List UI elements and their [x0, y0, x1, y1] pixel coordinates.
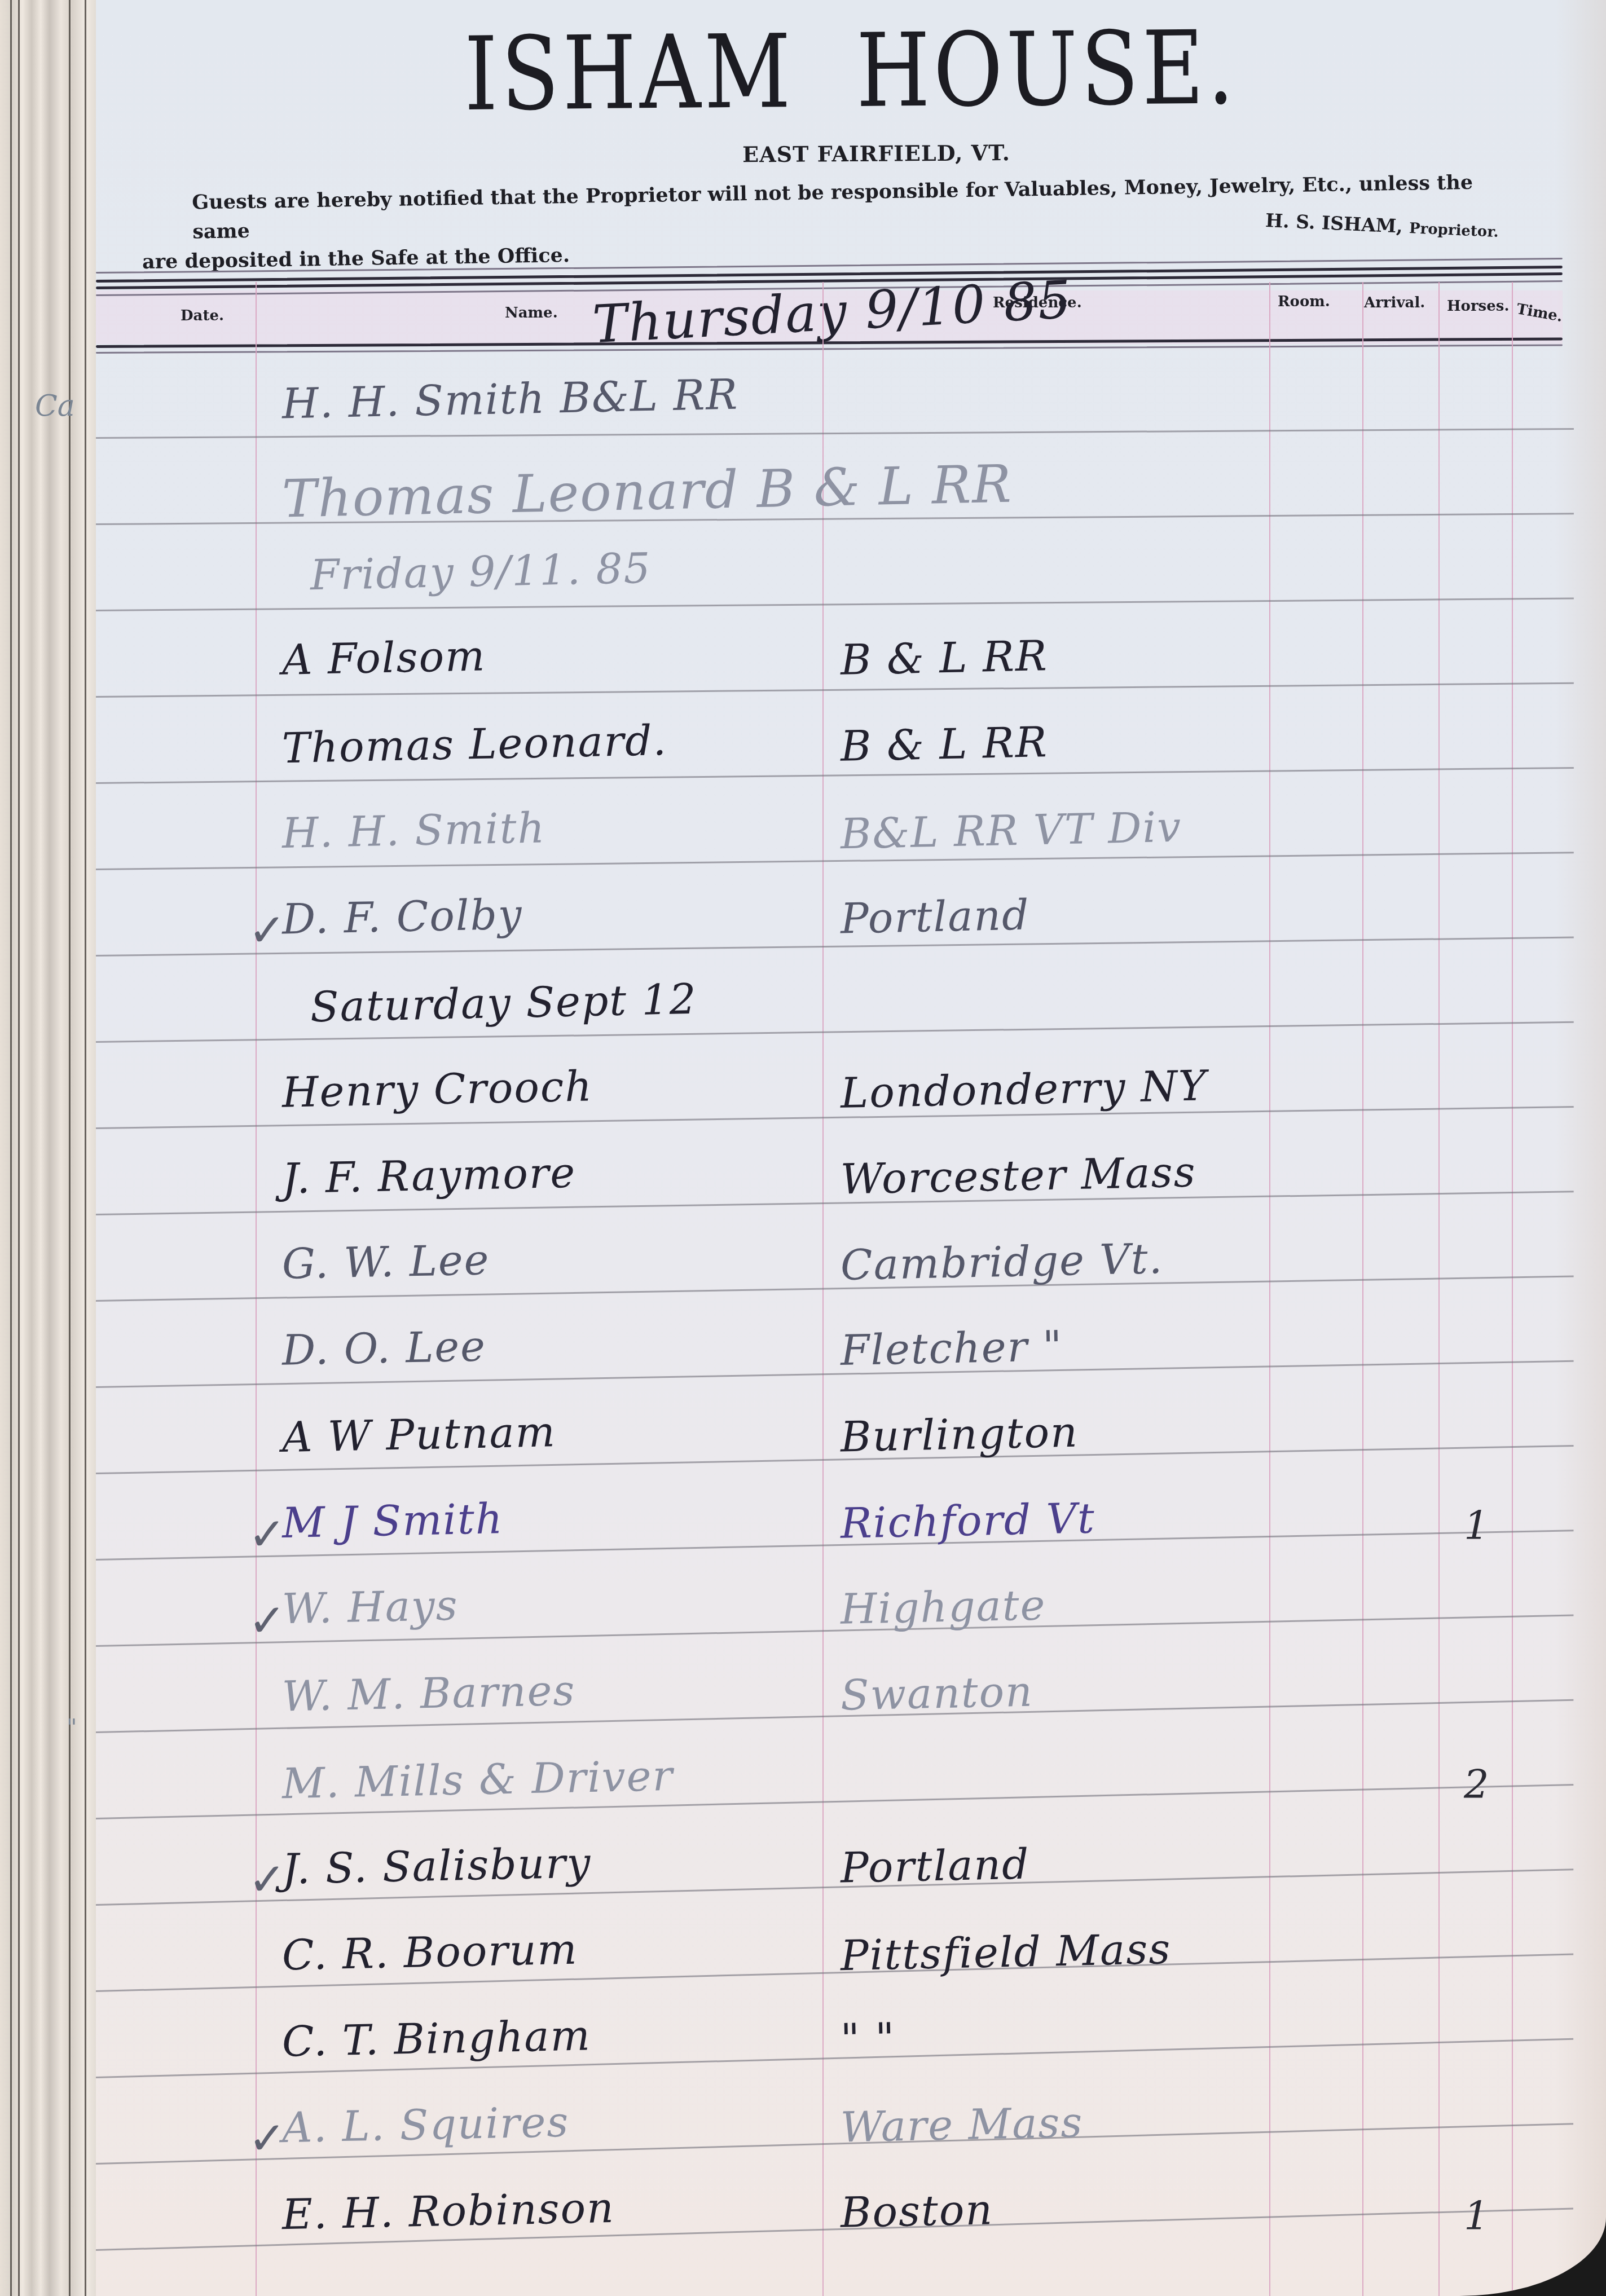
column-rule-arrival	[1438, 282, 1440, 2296]
horses-count: 1	[1464, 1502, 1489, 1549]
register-page: ISHAMHOUSE. EAST FAIRFIELD, VT. Guests a…	[96, 0, 1606, 2296]
guest-residence: B & L RR	[840, 632, 1048, 685]
title-word-house: HOUSE.	[856, 10, 1238, 130]
guest-residence: Highgate	[840, 1581, 1046, 1634]
guest-name: Henry Crooch	[281, 1062, 593, 1117]
column-header-name: Name.	[505, 305, 558, 321]
guest-residence: Ware Mass	[840, 2099, 1084, 2152]
column-header-arrival: Arrival.	[1364, 294, 1425, 311]
guest-name: D. F. Colby	[281, 891, 523, 944]
row-ruling	[96, 428, 1574, 439]
guest-residence: B & L RR	[840, 718, 1048, 771]
entry-date: Saturday Sept 12	[310, 975, 697, 1032]
column-rule-horses	[1512, 282, 1513, 2296]
guest-residence: Swanton	[840, 1667, 1033, 1720]
column-header-horses: Horses.	[1447, 298, 1509, 315]
guest-name: W. M. Barnes	[281, 1667, 576, 1721]
guest-residence: Richford Vt	[840, 1494, 1096, 1548]
guest-residence: B&L RR VT Div	[840, 803, 1182, 859]
entry-date: Friday 9/11. 85	[310, 544, 652, 600]
guest-name: C. T. Bingham	[281, 2011, 591, 2066]
guest-name: C. R. Boorum	[281, 1925, 578, 1980]
guest-residence: Cambridge Vt.	[840, 1235, 1164, 1290]
margin-note-top: Ca	[35, 389, 75, 423]
guest-name: G. W. Lee	[281, 1236, 490, 1289]
guest-name: H. H. Smith B&L RR	[281, 371, 739, 429]
guest-name: E. H. Robinson	[281, 2184, 615, 2239]
guest-name: H. H. Smith	[281, 804, 546, 858]
guest-name: A. L. Squires	[281, 2098, 570, 2153]
checkmark-icon: ✓	[248, 2112, 286, 2165]
checkmark-icon: ✓	[248, 1594, 286, 1647]
guest-name: M. Mills & Driver	[281, 1752, 674, 1809]
guest-residence: Londonderry NY	[840, 1061, 1207, 1118]
row-ruling	[96, 682, 1574, 698]
guest-residence: Burlington	[840, 1408, 1079, 1462]
guest-residence: Fletcher "	[840, 1322, 1063, 1375]
horses-count: 2	[1464, 1761, 1489, 1808]
guest-residence: Worcester Mass	[840, 1148, 1196, 1204]
horses-count: 1	[1464, 2193, 1489, 2239]
guest-residence: Portland	[840, 891, 1030, 943]
guest-name: J. F. Raymore	[281, 1149, 577, 1204]
page-curl-shadow	[1555, 0, 1606, 2296]
page-edge-line	[10, 0, 12, 2296]
guest-name: Thomas Leonard.	[281, 716, 668, 773]
guest-residence: Portland	[840, 1840, 1030, 1892]
margin-note-lower: "	[67, 1715, 77, 1740]
guest-name: D. O. Lee	[281, 1322, 487, 1375]
guest-name: A Folsom	[281, 632, 486, 685]
checkmark-icon: ✓	[248, 1508, 286, 1561]
column-header-room: Room.	[1278, 293, 1330, 310]
page-edge-line	[69, 0, 71, 2296]
hotel-title: ISHAMHOUSE.	[96, 6, 1606, 136]
guest-residence: " "	[840, 2014, 896, 2064]
column-rule-residence	[1269, 282, 1270, 2296]
column-rule-room	[1362, 282, 1363, 2296]
checkmark-icon: ✓	[248, 904, 286, 957]
guest-residence: Pittsfield Mass	[840, 1925, 1172, 1980]
guest-name: A W Putnam	[281, 1408, 556, 1462]
checkmark-icon: ✓	[248, 1853, 286, 1906]
guest-name: J. S. Salisbury	[281, 1839, 592, 1893]
page-edge-line	[18, 0, 20, 2296]
hotel-location: EAST FAIRFIELD, VT.	[96, 136, 1606, 172]
column-header-date: Date.	[181, 307, 224, 324]
column-rule-date	[256, 282, 257, 2296]
proprietor-title: Proprietor.	[1409, 220, 1499, 241]
title-word-isham: ISHAM	[464, 13, 794, 134]
guest-name: W. Hays	[281, 1581, 459, 1634]
row-ruling	[96, 598, 1574, 611]
guest-name: M J Smith	[281, 1495, 504, 1548]
page-edge-line	[85, 0, 86, 2296]
guest-residence: Boston	[840, 2185, 994, 2237]
